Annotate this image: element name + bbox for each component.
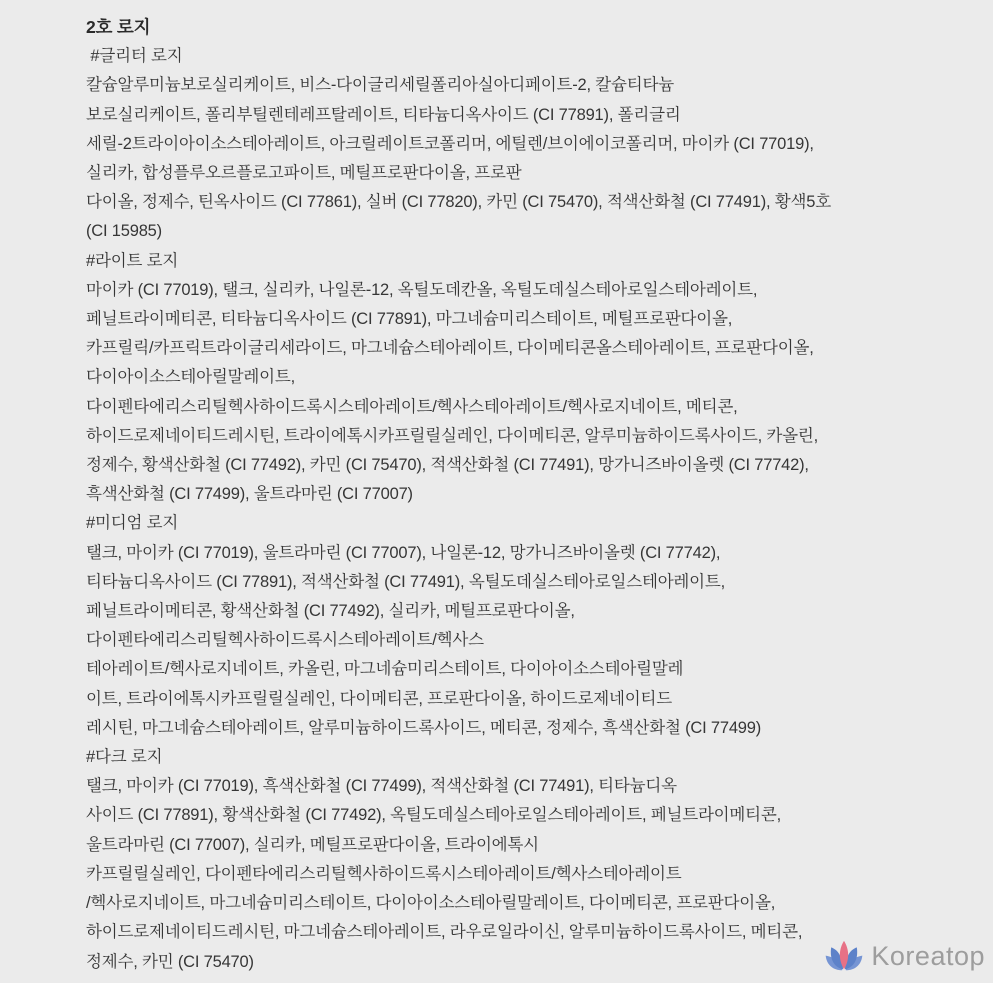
text-line: 울트라마린 (CI 77007), 실리카, 메틸프로판다이올, 트라이에톡시: [86, 831, 955, 860]
text-line: 정제수, 황색산화철 (CI 77492), 카민 (CI 75470), 적색…: [86, 451, 955, 480]
text-line: 사이드 (CI 77891), 황색산화철 (CI 77492), 옥틸도데실스…: [86, 801, 955, 830]
text-line: 티타늄디옥사이드 (CI 77891), 적색산화철 (CI 77491), 옥…: [86, 568, 955, 597]
text-line: 카프릴릴실레인, 다이펜타에리스리틸헥사하이드록시스테아레이트/헥사스테아레이트: [86, 860, 955, 889]
section-heading: #다크 로지: [86, 743, 955, 772]
text-line: 카프릴릭/카프릭트라이글리세라이드, 마그네슘스테아레이트, 다이메티콘올스테아…: [86, 334, 955, 363]
section-heading: #글리터 로지: [86, 42, 955, 71]
text-line: 이트, 트라이에톡시카프릴릴실레인, 다이메티콘, 프로판다이올, 하이드로제네…: [86, 685, 955, 714]
lotus-icon: [822, 938, 866, 975]
text-line: 테아레이트/헥사로지네이트, 카올린, 마그네슘미리스테이트, 다이아이소스테아…: [86, 655, 955, 684]
ingredient-sections: #글리터 로지칼슘알루미늄보로실리케이트, 비스-다이글리세릴폴리아실아디페이트…: [86, 42, 955, 977]
ingredient-document: 2호 로지 #글리터 로지칼슘알루미늄보로실리케이트, 비스-다이글리세릴폴리아…: [0, 0, 993, 977]
text-line: 탤크, 마이카 (CI 77019), 울트라마린 (CI 77007), 나일…: [86, 539, 955, 568]
text-line: 레시틴, 마그네슘스테아레이트, 알루미늄하이드록사이드, 메티콘, 정제수, …: [86, 714, 955, 743]
section-heading: #라이트 로지: [86, 247, 955, 276]
text-line: 탤크, 마이카 (CI 77019), 흑색산화철 (CI 77499), 적색…: [86, 772, 955, 801]
text-line: 다이펜타에리스리틸헥사하이드록시스테아레이트/헥사스테아레이트/헥사로지네이트,…: [86, 393, 955, 422]
text-line: 마이카 (CI 77019), 탤크, 실리카, 나일론-12, 옥틸도데칸올,…: [86, 276, 955, 305]
text-line: (CI 15985): [86, 217, 955, 246]
text-line: /헥사로지네이트, 마그네슘미리스테이트, 다이아이소스테아릴말레이트, 다이메…: [86, 889, 955, 918]
text-line: 다이아이소스테아릴말레이트,: [86, 363, 955, 392]
watermark: Koreatop: [822, 938, 985, 975]
text-line: 세릴-2트라이아이소스테아레이트, 아크릴레이트코폴리머, 에틸렌/브이에이코폴…: [86, 130, 955, 159]
text-line: 흑색산화철 (CI 77499), 울트라마린 (CI 77007): [86, 480, 955, 509]
text-line: 페닐트라이메티콘, 황색산화철 (CI 77492), 실리카, 메틸프로판다이…: [86, 597, 955, 626]
section-heading: #미디엄 로지: [86, 509, 955, 538]
watermark-text: Koreatop: [871, 943, 985, 970]
text-line: 하이드로제네이티드레시틴, 트라이에톡시카프릴릴실레인, 다이메티콘, 알루미늄…: [86, 422, 955, 451]
text-line: 다이펜타에리스리틸헥사하이드록시스테아레이트/헥사스: [86, 626, 955, 655]
text-line: 보로실리케이트, 폴리부틸렌테레프탈레이트, 티타늄디옥사이드 (CI 7789…: [86, 101, 955, 130]
text-line: 다이올, 정제수, 틴옥사이드 (CI 77861), 실버 (CI 77820…: [86, 188, 955, 217]
text-line: 페닐트라이메티콘, 티타늄디옥사이드 (CI 77891), 마그네슘미리스테이…: [86, 305, 955, 334]
text-line: 칼슘알루미늄보로실리케이트, 비스-다이글리세릴폴리아실아디페이트-2, 칼슘티…: [86, 71, 955, 100]
text-line: 실리카, 합성플루오르플로고파이트, 메틸프로판다이올, 프로판: [86, 159, 955, 188]
page-title: 2호 로지: [86, 13, 955, 42]
